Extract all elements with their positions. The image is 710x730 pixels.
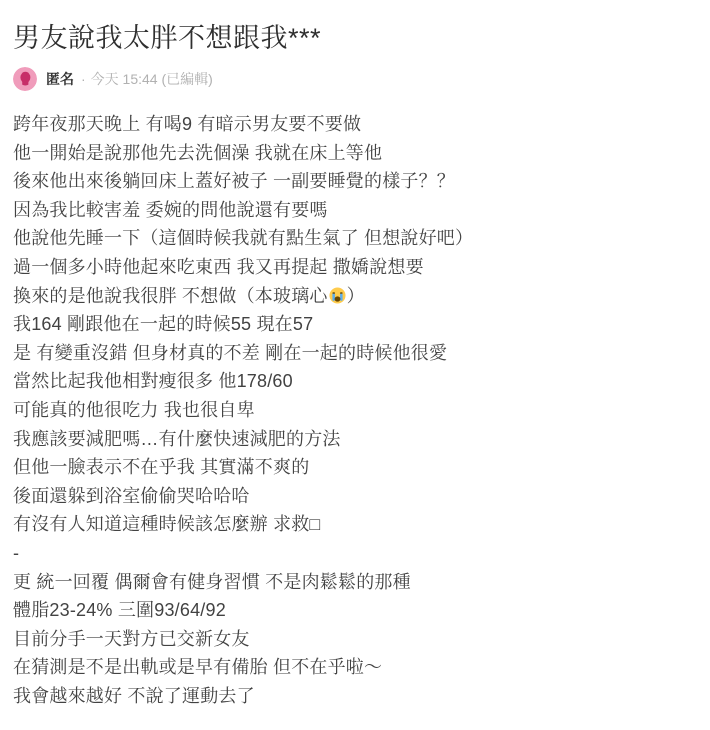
post-paragraph: 換來的是他說我很胖 不想做（本玻璃心） (13, 282, 694, 311)
anonymous-avatar-icon (13, 67, 37, 91)
post-page: 男友說我太胖不想跟我*** 匿名 · 今天 15:44 (已編輯) 跨年夜那天晚… (0, 0, 710, 730)
paragraph-text: ） (347, 286, 365, 306)
meta-separator-dot: · (81, 71, 86, 87)
paragraph-text: 換來的是他說我很胖 不想做（本玻璃心 (13, 286, 328, 306)
post-paragraph: 可能真的他很吃力 我也很自卑 (13, 396, 694, 425)
post-paragraph: 跨年夜那天晚上 有喝9 有暗示男友要不要做 (13, 110, 694, 139)
author-name: 匿名 (46, 69, 74, 89)
post-paragraph: 目前分手一天對方已交新女友 (13, 625, 694, 654)
post-body: 跨年夜那天晚上 有喝9 有暗示男友要不要做 他一開始是說那他先去洗個澡 我就在床… (13, 110, 694, 710)
post-timestamp: 今天 15:44 (已編輯) (91, 69, 213, 89)
post-paragraph: 他說他先睡一下（這個時候我就有點生氣了 但想說好吧） (13, 224, 694, 253)
post-paragraph: 我164 剛跟他在一起的時候55 現在57 (13, 310, 694, 339)
post-paragraph: 有沒有人知道這種時候該怎麼辦 求救□ (13, 510, 694, 539)
post-paragraph: 但他一臉表示不在乎我 其實滿不爽的 (13, 453, 694, 482)
post-paragraph: 過一個多小時他起來吃東西 我又再提起 撒嬌說想要 (13, 253, 694, 282)
post-paragraph: 是 有變重沒錯 但身材真的不差 剛在一起的時候他很愛 (13, 339, 694, 368)
post-paragraph: 我應該要減肥嗎…有什麼快速減肥的方法 (13, 425, 694, 454)
post-paragraph: 體脂23-24% 三圍93/64/92 (13, 596, 694, 625)
post-paragraph-dash: - (13, 539, 694, 568)
post-paragraph: 他一開始是說那他先去洗個澡 我就在床上等他 (13, 139, 694, 168)
post-paragraph: 更 統一回覆 偶爾會有健身習慣 不是肉鬆鬆的那種 (13, 568, 694, 597)
post-paragraph: 因為我比較害羞 委婉的問他說還有要嗎 (13, 196, 694, 225)
post-paragraph: 我會越來越好 不說了運動去了 (13, 682, 694, 711)
post-paragraph: 後面還躲到浴室偷偷哭哈哈哈 (13, 482, 694, 511)
post-paragraph: 當然比起我他相對瘦很多 他178/60 (13, 367, 694, 396)
post-meta: 匿名 · 今天 15:44 (已編輯) (13, 67, 694, 91)
loudly-crying-face-emoji (329, 287, 346, 304)
post-title: 男友說我太胖不想跟我*** (13, 20, 694, 56)
post-paragraph: 後來他出來後躺回床上蓋好被子 一副要睡覺的樣子？？ (13, 167, 694, 196)
post-paragraph: 在猜測是不是出軌或是早有備胎 但不在乎啦～ (13, 653, 694, 682)
